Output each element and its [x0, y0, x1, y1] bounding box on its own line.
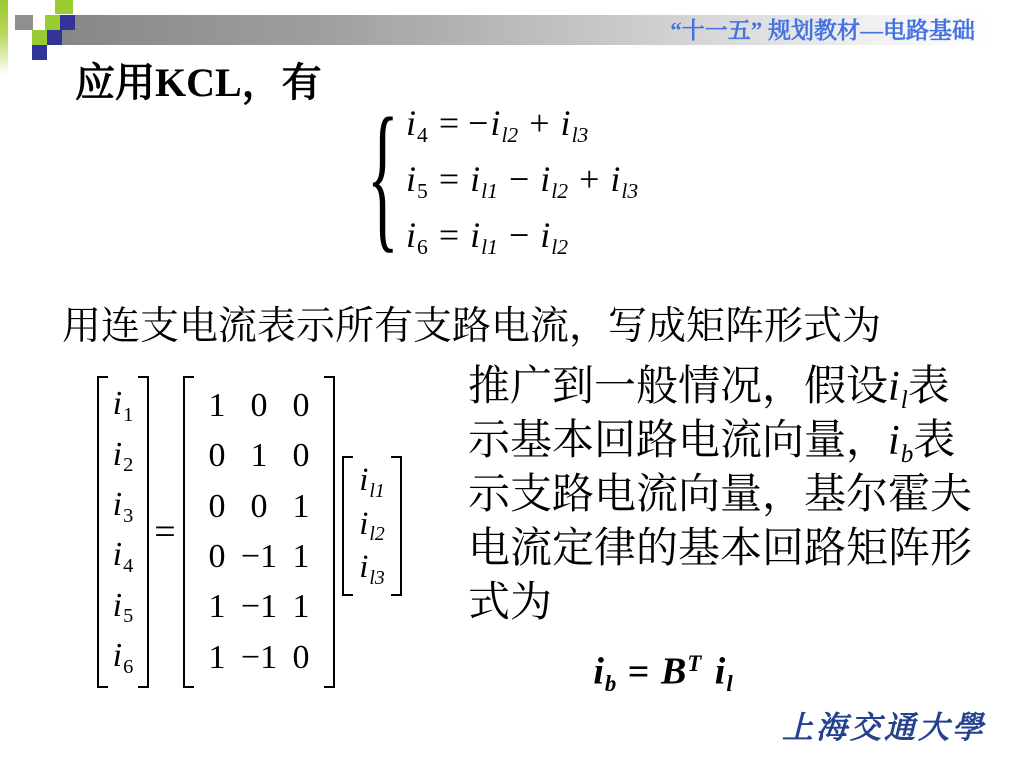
matrix-equation: i1i2i3i4i5i6 = 1000100010−111−111−10 il1… [85, 376, 415, 688]
math-segment: l2 [501, 123, 518, 147]
matrix-cell: 0 [280, 639, 322, 677]
text-line: 式为 [468, 576, 1024, 630]
matrix-cell: 0 [196, 538, 238, 576]
math-segment: i [470, 159, 480, 199]
matrix-row: i1 [110, 381, 136, 431]
mosaic-square-navy [32, 45, 47, 60]
matrix-row: 0−11 [196, 532, 322, 582]
math-segment: 示基本回路电流向量， [468, 418, 888, 464]
kcl-equation-system: { i4 = −il2 + il3i5 = il1 − il2 + il3i6 … [368, 94, 638, 264]
bracket-left [97, 376, 108, 688]
mosaic-square-green [32, 30, 47, 45]
matrix-row: 010 [196, 431, 322, 481]
matrix-row: 100 [196, 381, 322, 431]
matrix-row: i5 [110, 582, 136, 632]
matrix-row: i6 [110, 633, 136, 683]
math-segment: + [518, 103, 560, 143]
math-segment: 表 [908, 364, 950, 410]
matrix-row: il3 [355, 548, 389, 591]
page-title: 应用KCL，有 [75, 51, 322, 108]
matrix-cell: il2 [355, 506, 389, 547]
matrix-cell: 1 [280, 588, 322, 626]
university-name: 上海交通大學 [782, 702, 986, 747]
bracket-left [183, 376, 194, 688]
math-segment: i [359, 506, 368, 542]
generalization-paragraph: 推广到一般情况，假设il表示基本回路电流向量，ib表示支路电流向量，基尔霍夫电流… [468, 360, 1024, 630]
loop-matrix-formula: ib = BT il [588, 638, 738, 690]
matrix-cell: i1 [110, 385, 136, 427]
math-segment: B [661, 651, 686, 693]
math-segment: 5 [123, 605, 133, 627]
math-segment: i [406, 103, 416, 143]
matrix-cell: i2 [110, 436, 136, 478]
math-segment: i [113, 587, 122, 624]
math-segment: = [428, 215, 470, 255]
brace-glyph: { [367, 85, 399, 273]
math-segment: 6 [123, 656, 133, 678]
equals-sign: = [145, 376, 185, 688]
math-segment: T [687, 651, 701, 676]
matrix-cell: −1 [238, 639, 280, 677]
math-segment: i [113, 486, 122, 523]
math-segment: l3 [621, 179, 638, 203]
branch-current-vector: i1i2i3i4i5i6 [97, 376, 149, 688]
math-segment: l3 [572, 123, 589, 147]
text-line: 推广到一般情况，假设il表 [468, 360, 1024, 414]
mosaic-square-navy [47, 30, 62, 45]
mosaic-square-gray [15, 15, 33, 30]
matrix-cell: 0 [196, 437, 238, 475]
math-segment: 表 [913, 418, 955, 464]
math-segment: i [406, 215, 416, 255]
math-segment: i [888, 364, 900, 410]
math-segment: l2 [369, 523, 384, 545]
matrix-cell: 1 [196, 588, 238, 626]
math-segment: − [498, 159, 540, 199]
math-segment: 6 [417, 235, 428, 259]
math-segment: i [610, 159, 620, 199]
math-segment: l3 [369, 567, 384, 589]
math-segment: l2 [551, 179, 568, 203]
math-segment: l [901, 387, 908, 414]
mosaic-square-green [45, 15, 60, 30]
matrix-row: il1 [355, 461, 389, 504]
kcl-equations: i4 = −il2 + il3i5 = il1 − il2 + il3i6 = … [406, 95, 638, 263]
math-segment: − [498, 215, 540, 255]
math-segment: i [359, 462, 368, 498]
matrix-cell: il3 [355, 549, 389, 590]
math-segment: 示支路电流向量，基尔霍夫 [468, 472, 972, 518]
matrix-cell: 0 [238, 488, 280, 526]
matrix-cell: i5 [110, 587, 136, 629]
loop-current-vector: il1il2il3 [342, 456, 402, 596]
text-line: i4 = −il2 + il3 [406, 95, 638, 151]
math-segment: = − [428, 103, 491, 143]
bracket-right [324, 376, 335, 688]
math-segment: i [113, 637, 122, 674]
math-segment: l2 [551, 235, 568, 259]
math-segment: i [490, 103, 500, 143]
presentation-slide: “十一五” 规划教材—电路基础 应用KCL，有 { i4 = −il2 + il… [0, 0, 1024, 768]
math-segment: i [888, 418, 900, 464]
math-segment: l1 [481, 179, 498, 203]
matrix-cell: 1 [238, 437, 280, 475]
matrix-cell: 1 [280, 538, 322, 576]
math-segment: i [540, 215, 550, 255]
matrix-row: i2 [110, 431, 136, 481]
matrix-row: 1−10 [196, 633, 322, 683]
math-segment: i [113, 436, 122, 473]
math-segment: 3 [123, 505, 133, 527]
math-segment: b [901, 441, 914, 468]
math-segment: = [616, 651, 661, 693]
matrix-cell: 1 [280, 488, 322, 526]
matrix-row: i4 [110, 532, 136, 582]
b-transpose-matrix: 1000100010−111−111−10 [183, 376, 335, 688]
left-gradient-strip [0, 0, 8, 78]
math-segment: i [593, 651, 604, 693]
math-segment: b [605, 671, 616, 696]
matrix-cell: i3 [110, 486, 136, 528]
math-segment: i [540, 159, 550, 199]
math-segment: 1 [123, 404, 133, 426]
math-segment: 式为 [468, 580, 552, 626]
math-segment: i [113, 536, 122, 573]
math-segment: i [406, 159, 416, 199]
math-segment: 推广到一般情况，假设 [468, 364, 888, 410]
math-segment: 5 [417, 179, 428, 203]
textbook-series-label: “十一五” 规划教材—电路基础 [670, 16, 975, 46]
math-segment: i [561, 103, 571, 143]
matrix-cell: 1 [196, 639, 238, 677]
matrix-cell: 0 [196, 488, 238, 526]
matrix-cell: −1 [238, 538, 280, 576]
matrix-cell: 0 [280, 387, 322, 425]
matrix-row: 1−11 [196, 582, 322, 632]
math-segment: i [470, 215, 480, 255]
math-segment: + [568, 159, 610, 199]
math-segment: i [715, 651, 726, 693]
mosaic-square-navy [60, 15, 75, 30]
left-curly-brace: { [368, 94, 398, 264]
math-segment: l1 [481, 235, 498, 259]
math-segment: 4 [417, 123, 428, 147]
text-line: i6 = il1 − il2 [406, 207, 638, 263]
math-segment [701, 651, 715, 693]
text-line: i5 = il1 − il2 + il3 [406, 151, 638, 207]
text-line: 示支路电流向量，基尔霍夫 [468, 468, 1024, 522]
math-segment: i [113, 385, 122, 422]
math-segment: 4 [123, 555, 133, 577]
math-segment: l1 [369, 480, 384, 502]
matrix-form-sentence: 用连支电流表示所有支路电流，写成矩阵形式为 [62, 295, 881, 351]
matrix-row: il2 [355, 504, 389, 547]
matrix-row: i3 [110, 482, 136, 532]
math-segment: i [359, 549, 368, 585]
matrix-cell: 0 [238, 387, 280, 425]
matrix-cell: i6 [110, 637, 136, 679]
math-segment: 电流定律的基本回路矩阵形 [468, 526, 972, 572]
matrix-cell: 1 [196, 387, 238, 425]
text-line: 示基本回路电流向量，ib表 [468, 414, 1024, 468]
math-segment: 2 [123, 454, 133, 476]
math-segment: = [428, 159, 470, 199]
math-segment: l [726, 671, 732, 696]
text-line: 电流定律的基本回路矩阵形 [468, 522, 1024, 576]
mosaic-square-green [55, 0, 73, 14]
bracket-right [391, 456, 402, 596]
matrix-cell: −1 [238, 588, 280, 626]
matrix-cell: i4 [110, 536, 136, 578]
matrix-row: 001 [196, 482, 322, 532]
bracket-left [342, 456, 353, 596]
matrix-cell: il1 [355, 462, 389, 503]
matrix-cell: 0 [280, 437, 322, 475]
